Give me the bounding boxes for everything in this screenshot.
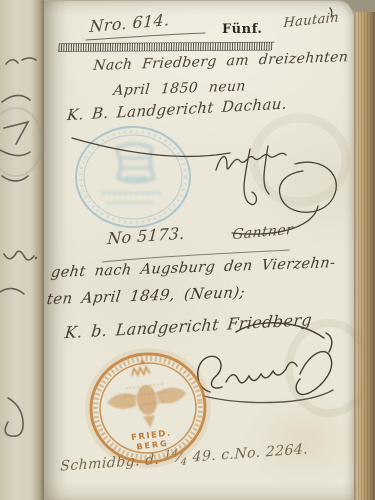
- header-annotation: Hautain: [283, 10, 340, 31]
- document-photo: Nro. 614. Fünf. Hautain ʃʃʃʃʃʃʃʃʃʃʃʃʃʃʃʃ…: [0, 0, 375, 500]
- footer-fraction-denominator: 4: [180, 457, 187, 469]
- entry-number: Nro. 614.: [89, 10, 170, 36]
- passbook-page: Nro. 614. Fünf. Hautain: [44, 0, 355, 500]
- previous-page-edge: [0, 0, 44, 500]
- printed-page-label: Fünf.: [222, 22, 263, 37]
- footer-fraction-numerator: 14: [164, 448, 178, 460]
